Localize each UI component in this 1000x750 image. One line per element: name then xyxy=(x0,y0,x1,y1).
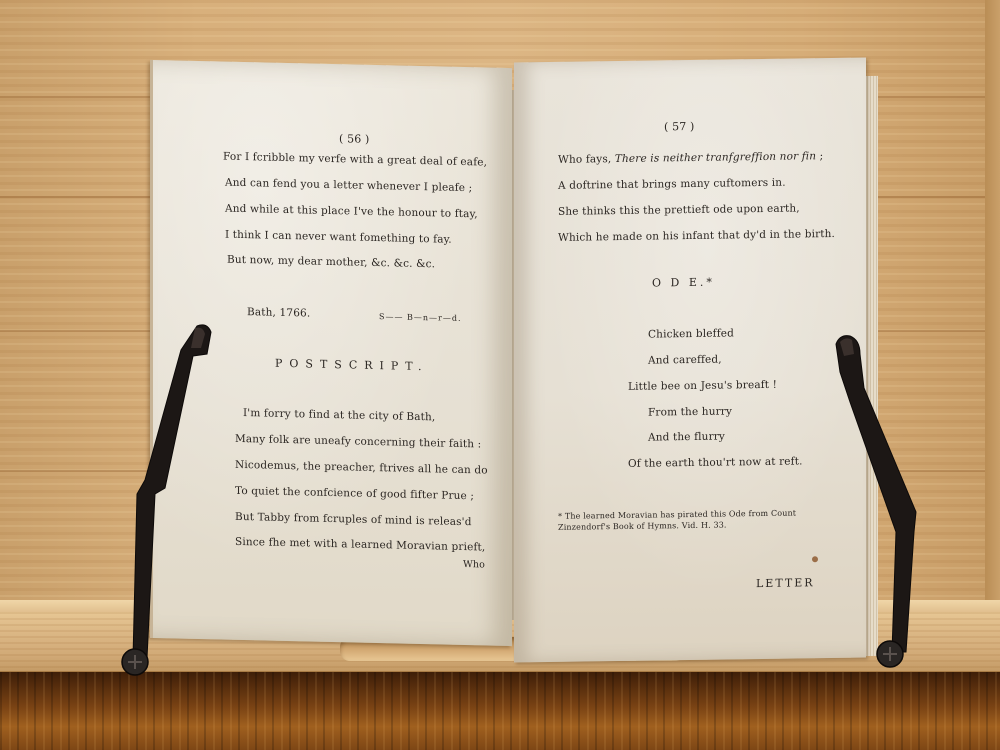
catchword: LETTER xyxy=(756,576,815,590)
verse-line: A doftrine that brings many cuftomers in… xyxy=(558,177,786,192)
verse-prefix: Who fays, xyxy=(558,153,615,166)
ode-line: Little bee on Jesu's breaft ! xyxy=(628,379,777,393)
page-clip-arm-icon xyxy=(830,332,930,672)
verse-line: And while at this place I've the honour … xyxy=(225,203,478,221)
postscript-line: But Tabby from fcruples of mind is relea… xyxy=(235,511,472,528)
left-page-clip xyxy=(115,318,215,682)
verse-line: For I fcribble my verfe with a great dea… xyxy=(223,151,487,169)
footnote: Zinzendorf's Book of Hymns. Vid. H. 33. xyxy=(558,520,727,531)
page-number: ( 56 ) xyxy=(339,132,369,146)
postscript-line: To quiet the confcience of good fifter P… xyxy=(235,485,474,502)
verse-italic-quote: There is neither tranfgreffion nor fin xyxy=(615,150,816,165)
verse-line: She thinks this the prettieft ode upon e… xyxy=(558,202,800,217)
verse-line: Which he made on his infant that dy'd in… xyxy=(558,228,835,244)
postscript-line: Nicodemus, the preacher, ftrives all he … xyxy=(235,459,488,477)
right-page-clip xyxy=(830,332,930,676)
catchword: Who xyxy=(463,559,485,571)
verse-line: And can fend you a letter whenever I ple… xyxy=(225,177,472,195)
ode-line: From the hurry xyxy=(648,405,732,418)
wooden-table-surface xyxy=(0,672,1000,750)
ode-line: Of the earth thou'rt now at reft. xyxy=(628,455,803,469)
stand-side-edge xyxy=(985,0,1000,615)
postscript-line: Since fhe met with a learned Moravian pr… xyxy=(235,536,485,554)
ode-line: And careffed, xyxy=(648,354,722,367)
postscript-heading: POSTSCRIPT. xyxy=(275,357,429,373)
page-number: ( 57 ) xyxy=(664,120,694,133)
place-date: Bath, 1766. xyxy=(247,306,310,319)
signature: S—— B—n—r—d. xyxy=(379,312,462,323)
verse-line-first: Who fays, There is neither tranfgreffion… xyxy=(558,150,823,166)
footnote: * The learned Moravian has pirated this … xyxy=(558,509,796,521)
ode-heading: O D E.* xyxy=(652,276,715,290)
postscript-line: Many folk are uneafy concerning their fa… xyxy=(235,433,481,451)
verse-suffix: ; xyxy=(816,150,823,162)
ode-line: Chicken bleffed xyxy=(648,327,734,340)
page-clip-arm-icon xyxy=(115,318,215,678)
postscript-line: I'm forry to find at the city of Bath, xyxy=(243,407,435,423)
verse-line: But now, my dear mother, &c. &c. &c. xyxy=(227,254,435,271)
right-page: ( 57 ) Who fays, There is neither tranfg… xyxy=(514,58,866,663)
verse-line: I think I can never want fomething to fa… xyxy=(225,229,452,246)
foxing-stain xyxy=(812,556,818,562)
ode-line: And the flurry xyxy=(648,431,725,444)
